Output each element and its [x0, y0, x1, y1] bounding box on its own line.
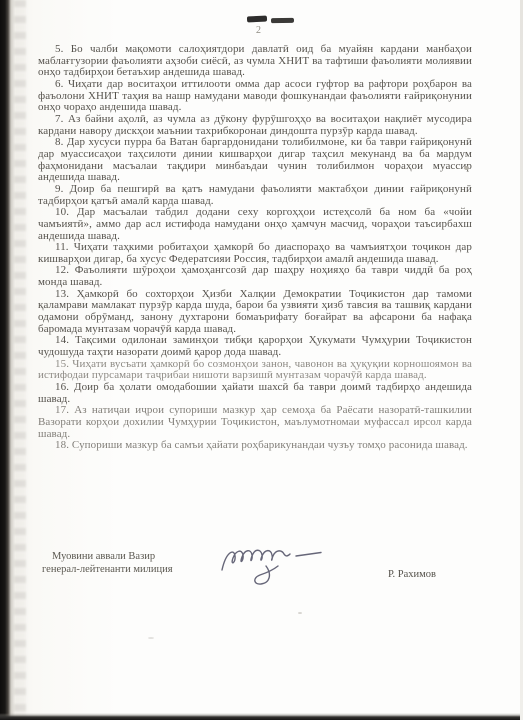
scan-edge-bottom [0, 713, 523, 720]
scan-smudge [14, 0, 26, 720]
document-paragraph: 10. Дар масъалаи табдил додани сеху корг… [38, 207, 472, 242]
document-paragraph: 5. Бо чалби мақомоти салоҳиятдори давлат… [38, 44, 472, 79]
scan-speck [464, 166, 469, 170]
document-paragraph: 8. Дар хусуси пурра ба Ватан баргардонид… [38, 137, 472, 184]
page-number: 2 [256, 25, 261, 36]
document-paragraph: 13. Ҳамкорӣ бо сохторҳои Ҳизби Халқии Де… [38, 289, 472, 336]
signatory-name: Р. Рахимов [388, 569, 436, 580]
scan-mark-dash [271, 18, 294, 23]
scan-speck [148, 637, 154, 639]
document-paragraph: 11. Чиҳати таҳкими робитаҳои ҳамкорӣ бо … [38, 242, 472, 265]
document-paragraph: 14. Тақсими одилонаи заминҳои тибқи қаро… [38, 335, 472, 358]
scanned-page: 2 5. Бо чалби мақомоти салоҳиятдори давл… [0, 0, 523, 720]
signer-title-line2: генерал-лейтенанти милиция [42, 564, 173, 575]
document-paragraph: 17. Аз натиҷаи иҷрои супориши мазкур ҳар… [38, 405, 472, 440]
scan-speck [298, 612, 302, 614]
document-paragraph: 7. Аз байни аҳолӣ, аз чумла аз дӯкону фу… [38, 114, 472, 137]
document-body: 5. Бо чалби мақомоти салоҳиятдори давлат… [38, 44, 472, 452]
signer-title-line1: Муовини аввали Вазир [52, 551, 155, 562]
document-paragraph: 15. Чиҳати вусъати ҳамкорӣ бо созмонҳои … [38, 359, 472, 382]
scan-edge-left [0, 0, 15, 720]
document-paragraph: 12. Фаъолияти шӯроҳои ҳамоҳангсозӣ дар ш… [38, 265, 472, 288]
document-paragraph: 18. Супориши мазкур ба самъи ҳайати роҳб… [38, 440, 472, 452]
document-paragraph: 16. Доир ба ҳолати омодабошии ҳайати шах… [38, 382, 472, 405]
handwritten-signature-icon [216, 540, 334, 590]
document-paragraph: 6. Чиҳати дар воситаҳои иттилооти омма д… [38, 79, 472, 114]
document-paragraph: 9. Доир ба пешгирӣ ва қатъ намудани фаъо… [38, 184, 472, 207]
scan-mark-dash [247, 15, 267, 22]
